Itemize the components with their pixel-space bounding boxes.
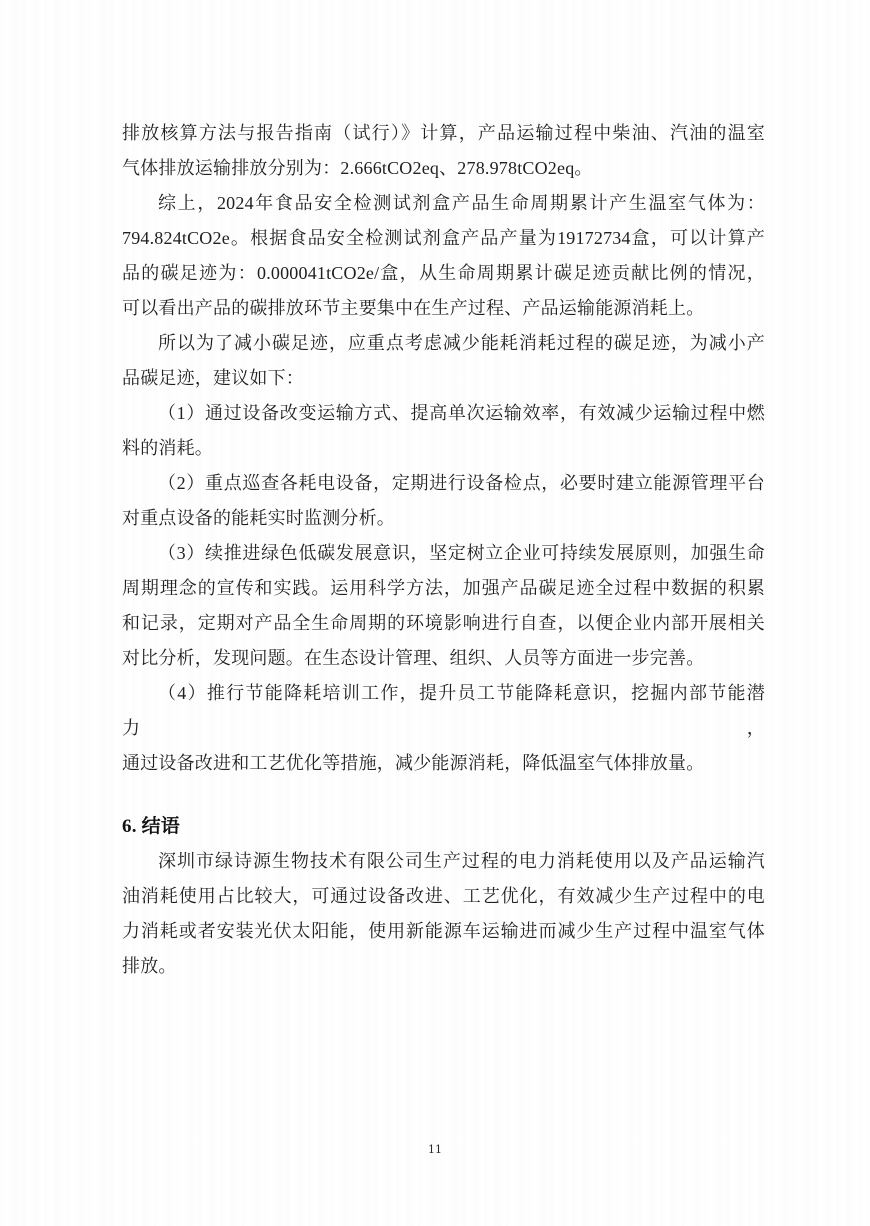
text-line: （4）推行节能降耗培训工作，提升员工节能降耗意识，挖掘内部节能潜力，	[122, 676, 765, 746]
paragraph: 所以为了减小碳足迹，应重点考虑减少能耗消耗过程的碳足迹，为减小产品碳足迹，建议如…	[122, 326, 765, 396]
text-line: （2）重点巡查各耗电设备，定期进行设备检点，必要时建立能源管理平台	[122, 466, 765, 501]
paragraph: （3）续推进绿色低碳发展意识，坚定树立企业可持续发展原则，加强生命周期理念的宣传…	[122, 536, 765, 676]
page-body: 排放核算方法与报告指南（试行）》计算，产品运输过程中柴油、汽油的温室气体排放运输…	[122, 116, 765, 984]
section-heading: 6. 结语	[122, 809, 765, 844]
paragraph: 综上，2024年食品安全检测试剂盒产品生命周期累计产生温室气体为：794.824…	[122, 186, 765, 326]
text-line: 可以看出产品的碳排放环节主要集中在生产过程、产品运输能源消耗上。	[122, 291, 765, 326]
text-line: 794.824tCO2e。根据食品安全检测试剂盒产品产量为19172734盒，可…	[122, 221, 765, 256]
text-line: 排放核算方法与报告指南（试行）》计算，产品运输过程中柴油、汽油的温室	[122, 116, 765, 151]
page-number: 11	[0, 1143, 870, 1157]
text-line: 深圳市绿诗源生物技术有限公司生产过程的电力消耗使用以及产品运输汽	[122, 844, 765, 879]
text-line: 品碳足迹，建议如下：	[122, 361, 765, 396]
paragraph: （2）重点巡查各耗电设备，定期进行设备检点，必要时建立能源管理平台对重点设备的能…	[122, 466, 765, 536]
document-page: 排放核算方法与报告指南（试行）》计算，产品运输过程中柴油、汽油的温室气体排放运输…	[0, 0, 870, 1226]
text-line: 料的消耗。	[122, 431, 765, 466]
text-line: 周期理念的宣传和实践。运用科学方法，加强产品碳足迹全过程中数据的积累	[122, 571, 765, 606]
text-line: 所以为了减小碳足迹，应重点考虑减少能耗消耗过程的碳足迹，为减小产	[122, 326, 765, 361]
text-line: 力消耗或者安装光伏太阳能，使用新能源车运输进而减少生产过程中温室气体	[122, 914, 765, 949]
text-line: 品的碳足迹为：0.000041tCO2e/盒，从生命周期累计碳足迹贡献比例的情况…	[122, 256, 765, 291]
paragraph: （1）通过设备改变运输方式、提高单次运输效率，有效减少运输过程中燃料的消耗。	[122, 396, 765, 466]
text-line: 对比分析，发现问题。在生态设计管理、组织、人员等方面进一步完善。	[122, 641, 765, 676]
text-line: 和记录，定期对产品全生命周期的环境影响进行自查，以便企业内部开展相关	[122, 606, 765, 641]
text-line: 排放。	[122, 949, 765, 984]
text-line: 通过设备改进和工艺优化等措施，减少能源消耗，降低温室气体排放量。	[122, 746, 765, 781]
paragraph: 深圳市绿诗源生物技术有限公司生产过程的电力消耗使用以及产品运输汽油消耗使用占比较…	[122, 844, 765, 984]
text-line: 气体排放运输排放分别为：2.666tCO2eq、278.978tCO2eq。	[122, 151, 765, 186]
paragraph: （4）推行节能降耗培训工作，提升员工节能降耗意识，挖掘内部节能潜力，通过设备改进…	[122, 676, 765, 781]
paragraph: 排放核算方法与报告指南（试行）》计算，产品运输过程中柴油、汽油的温室气体排放运输…	[122, 116, 765, 186]
text-line: 综上，2024年食品安全检测试剂盒产品生命周期累计产生温室气体为：	[122, 186, 765, 221]
text-line: （1）通过设备改变运输方式、提高单次运输效率，有效减少运输过程中燃	[122, 396, 765, 431]
text-line: （3）续推进绿色低碳发展意识，坚定树立企业可持续发展原则，加强生命	[122, 536, 765, 571]
text-line: 对重点设备的能耗实时监测分析。	[122, 501, 765, 536]
text-line: 油消耗使用占比较大，可通过设备改进、工艺优化，有效减少生产过程中的电	[122, 879, 765, 914]
